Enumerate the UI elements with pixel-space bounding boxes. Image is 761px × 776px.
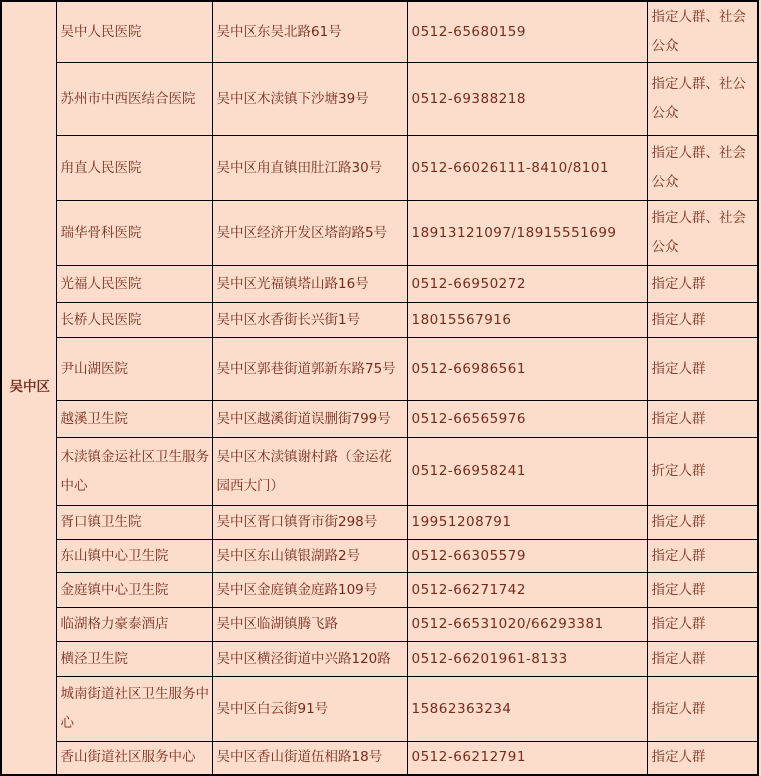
table-row: 城南街道社区卫生服务中心吴中区白云街91号15862363234指定人群 xyxy=(1,677,758,742)
group-cell: 指定人群 xyxy=(647,540,758,573)
table-row: 临湖格力豪泰酒店吴中区临湖镇腾飞路0512-66531020/66293381指… xyxy=(1,608,758,642)
table-row: 瑞华骨科医院吴中区经济开发区塔韵路5号18913121097/189155516… xyxy=(1,201,758,266)
table-row: 木渎镇金运社区卫生服务中心吴中区木渎镇谢村路（金运花园西大门）0512-6695… xyxy=(1,438,758,506)
hospital-cell: 胥口镇卫生院 xyxy=(56,506,212,540)
phone-cell: 19951208791 xyxy=(407,506,647,540)
address-cell: 吴中区金庭镇金庭路109号 xyxy=(212,573,407,608)
table-body: 吴中区吴中人民医院吴中区东吴北路61号0512-65680159指定人群、社会公… xyxy=(1,1,758,775)
phone-cell: 0512-66531020/66293381 xyxy=(407,608,647,642)
hospital-cell: 光福人民医院 xyxy=(56,266,212,303)
address-cell: 吴中区木渎镇下沙塘39号 xyxy=(212,63,407,136)
hospital-cell: 东山镇中心卫生院 xyxy=(56,540,212,573)
phone-cell: 0512-66958241 xyxy=(407,438,647,506)
phone-cell: 0512-66305579 xyxy=(407,540,647,573)
group-cell: 指定人群 xyxy=(647,573,758,608)
table-row: 甪直人民医院吴中区甪直镇田肚江路30号0512-66026111-8410/81… xyxy=(1,136,758,201)
address-cell: 吴中区胥口镇胥市街298号 xyxy=(212,506,407,540)
hospital-cell: 尹山湖医院 xyxy=(56,338,212,401)
phone-cell: 0512-69388218 xyxy=(407,63,647,136)
group-cell: 指定人群 xyxy=(647,742,758,775)
phone-cell: 0512-66950272 xyxy=(407,266,647,303)
table-row: 吴中区吴中人民医院吴中区东吴北路61号0512-65680159指定人群、社会公… xyxy=(1,1,758,63)
group-cell: 指定人群 xyxy=(647,338,758,401)
hospital-cell: 金庭镇中心卫生院 xyxy=(56,573,212,608)
address-cell: 吴中区光福镇塔山路16号 xyxy=(212,266,407,303)
hospital-cell: 长桥人民医院 xyxy=(56,303,212,338)
phone-cell: 18015567916 xyxy=(407,303,647,338)
group-cell: 指定人群 xyxy=(647,608,758,642)
group-cell: 指定人群、社会公众 xyxy=(647,136,758,201)
phone-cell: 0512-66026111-8410/8101 xyxy=(407,136,647,201)
address-cell: 吴中区横泾街道中兴路120路 xyxy=(212,642,407,677)
vaccination-sites-page: 吴中区吴中人民医院吴中区东吴北路61号0512-65680159指定人群、社会公… xyxy=(0,0,761,776)
district-cell: 吴中区 xyxy=(1,1,56,775)
hospital-cell: 苏州市中西医结合医院 xyxy=(56,63,212,136)
table-row: 东山镇中心卫生院吴中区东山镇银湖路2号0512-66305579指定人群 xyxy=(1,540,758,573)
group-cell: 指定人群、社会公众 xyxy=(647,1,758,63)
phone-cell: 15862363234 xyxy=(407,677,647,742)
group-cell: 指定人群 xyxy=(647,303,758,338)
table-row: 金庭镇中心卫生院吴中区金庭镇金庭路109号0512-66271742指定人群 xyxy=(1,573,758,608)
address-cell: 吴中区水香街长兴街1号 xyxy=(212,303,407,338)
address-cell: 吴中区木渎镇谢村路（金运花园西大门） xyxy=(212,438,407,506)
hospital-cell: 横泾卫生院 xyxy=(56,642,212,677)
table-row: 尹山湖医院吴中区郭巷街道郭新东路75号0512-66986561指定人群 xyxy=(1,338,758,401)
address-cell: 吴中区临湖镇腾飞路 xyxy=(212,608,407,642)
table-row: 长桥人民医院吴中区水香街长兴街1号18015567916指定人群 xyxy=(1,303,758,338)
phone-cell: 0512-66212791 xyxy=(407,742,647,775)
group-cell: 指定人群 xyxy=(647,401,758,438)
address-cell: 吴中区郭巷街道郭新东路75号 xyxy=(212,338,407,401)
group-cell: 折定人群 xyxy=(647,438,758,506)
phone-cell: 0512-66986561 xyxy=(407,338,647,401)
group-cell: 指定人群 xyxy=(647,642,758,677)
hospital-cell: 香山街道社区服务中心 xyxy=(56,742,212,775)
table-row: 香山街道社区服务中心吴中区香山街道伍相路18号0512-66212791指定人群 xyxy=(1,742,758,775)
hospital-cell: 越溪卫生院 xyxy=(56,401,212,438)
phone-cell: 18913121097/18915551699 xyxy=(407,201,647,266)
district-hospital-table: 吴中区吴中人民医院吴中区东吴北路61号0512-65680159指定人群、社会公… xyxy=(0,0,759,776)
hospital-cell: 木渎镇金运社区卫生服务中心 xyxy=(56,438,212,506)
phone-cell: 0512-66271742 xyxy=(407,573,647,608)
address-cell: 吴中区经济开发区塔韵路5号 xyxy=(212,201,407,266)
phone-cell: 0512-66565976 xyxy=(407,401,647,438)
table-row: 胥口镇卫生院吴中区胥口镇胥市街298号19951208791指定人群 xyxy=(1,506,758,540)
table-row: 横泾卫生院吴中区横泾街道中兴路120路0512-66201961-8133指定人… xyxy=(1,642,758,677)
table-row: 苏州市中西医结合医院吴中区木渎镇下沙塘39号0512-69388218指定人群、… xyxy=(1,63,758,136)
address-cell: 吴中区东吴北路61号 xyxy=(212,1,407,63)
hospital-cell: 城南街道社区卫生服务中心 xyxy=(56,677,212,742)
table-row: 越溪卫生院吴中区越溪街道误删街799号0512-66565976指定人群 xyxy=(1,401,758,438)
group-cell: 指定人群 xyxy=(647,266,758,303)
hospital-cell: 吴中人民医院 xyxy=(56,1,212,63)
address-cell: 吴中区甪直镇田肚江路30号 xyxy=(212,136,407,201)
group-cell: 指定人群、社会公众 xyxy=(647,201,758,266)
address-cell: 吴中区越溪街道误删街799号 xyxy=(212,401,407,438)
address-cell: 吴中区白云街91号 xyxy=(212,677,407,742)
group-cell: 指定人群 xyxy=(647,677,758,742)
group-cell: 指定人群 xyxy=(647,506,758,540)
table-row: 光福人民医院吴中区光福镇塔山路16号0512-66950272指定人群 xyxy=(1,266,758,303)
hospital-cell: 瑞华骨科医院 xyxy=(56,201,212,266)
hospital-cell: 临湖格力豪泰酒店 xyxy=(56,608,212,642)
address-cell: 吴中区香山街道伍相路18号 xyxy=(212,742,407,775)
group-cell: 指定人群、社公公众 xyxy=(647,63,758,136)
hospital-cell: 甪直人民医院 xyxy=(56,136,212,201)
address-cell: 吴中区东山镇银湖路2号 xyxy=(212,540,407,573)
phone-cell: 0512-66201961-8133 xyxy=(407,642,647,677)
phone-cell: 0512-65680159 xyxy=(407,1,647,63)
